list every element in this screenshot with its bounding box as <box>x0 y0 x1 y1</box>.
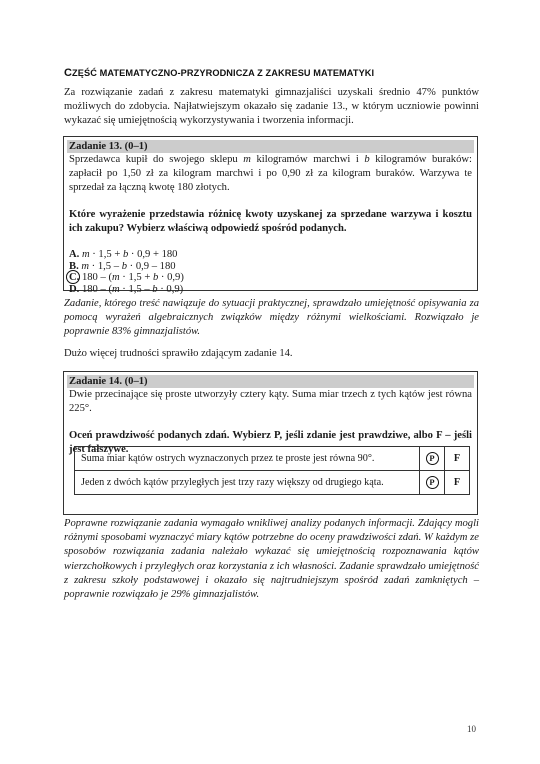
task-13-box: Zadanie 13. (0–1) Sprzedawca kupił do sw… <box>63 136 478 291</box>
task-14-title: Zadanie 14. (0–1) <box>67 375 474 388</box>
task-14-text: Dwie przecinające się proste utworzyły c… <box>69 388 472 416</box>
task-13-question: Które wyrażenie przedstawia różnicę kwot… <box>69 208 472 236</box>
statement-cell: Jeden z dwóch kątów przyległych jest trz… <box>75 471 420 495</box>
answer-p-option[interactable]: P <box>420 447 445 471</box>
answer-option-c[interactable]: C. 180 – (m · 1,5 + b · 0,9) <box>69 272 477 284</box>
selected-circle-icon: P <box>426 452 439 465</box>
answer-option-d[interactable]: D. 180 – (m · 1,5 – b · 0,9) <box>69 284 477 296</box>
task-13-title: Zadanie 13. (0–1) <box>67 140 474 153</box>
transition-text: Dużo więcej trudności sprawiło zdającym … <box>64 347 479 361</box>
table-row: Jeden z dwóch kątów przyległych jest trz… <box>75 471 470 495</box>
answer-f-option[interactable]: F <box>445 447 470 471</box>
heading-initial: C <box>64 67 72 79</box>
answer-option-a[interactable]: A. m · 1,5 + b · 0,9 + 180 <box>69 249 477 261</box>
answer-p-option[interactable]: P <box>420 471 445 495</box>
selected-circle-icon: P <box>426 476 439 489</box>
option-expression: 180 – (m · 1,5 – b · 0,9) <box>82 284 183 295</box>
task-14-comment: Poprawne rozwiązanie zadania wymagało wn… <box>64 517 479 602</box>
task-13-options: A. m · 1,5 + b · 0,9 + 180B. m · 1,5 – b… <box>64 249 477 295</box>
intro-paragraph: Za rozwiązanie zadań z zakresu matematyk… <box>64 86 479 129</box>
option-expression: m · 1,5 – b · 0,9 – 180 <box>81 261 175 272</box>
selected-circle-icon <box>66 270 80 284</box>
option-letter: A. <box>69 249 82 260</box>
section-heading: CZĘŚĆ MATEMATYCZNO-PRZYRODNICZA Z ZAKRES… <box>64 67 484 79</box>
task-13-comment: Zadanie, którego treść nawiązuje do sytu… <box>64 297 479 340</box>
document-page: CZĘŚĆ MATEMATYCZNO-PRZYRODNICZA Z ZAKRES… <box>0 0 540 764</box>
page-number: 10 <box>467 724 476 734</box>
option-expression: 180 – (m · 1,5 + b · 0,9) <box>82 272 184 283</box>
option-expression: m · 1,5 + b · 0,9 + 180 <box>82 249 178 260</box>
task-13-text: Sprzedawca kupił do swojego sklepu m kil… <box>69 153 472 195</box>
task-14-box: Zadanie 14. (0–1) Dwie przecinające się … <box>63 371 478 515</box>
answer-option-b[interactable]: B. m · 1,5 – b · 0,9 – 180 <box>69 261 477 273</box>
option-letter: D. <box>69 284 82 295</box>
table-row: Suma miar kątów ostrych wyznaczonych prz… <box>75 447 470 471</box>
heading-text: ZĘŚĆ MATEMATYCZNO-PRZYRODNICZA Z ZAKRESU… <box>72 68 374 78</box>
true-false-table: Suma miar kątów ostrych wyznaczonych prz… <box>74 446 470 495</box>
statement-cell: Suma miar kątów ostrych wyznaczonych prz… <box>75 447 420 471</box>
answer-f-option[interactable]: F <box>445 471 470 495</box>
